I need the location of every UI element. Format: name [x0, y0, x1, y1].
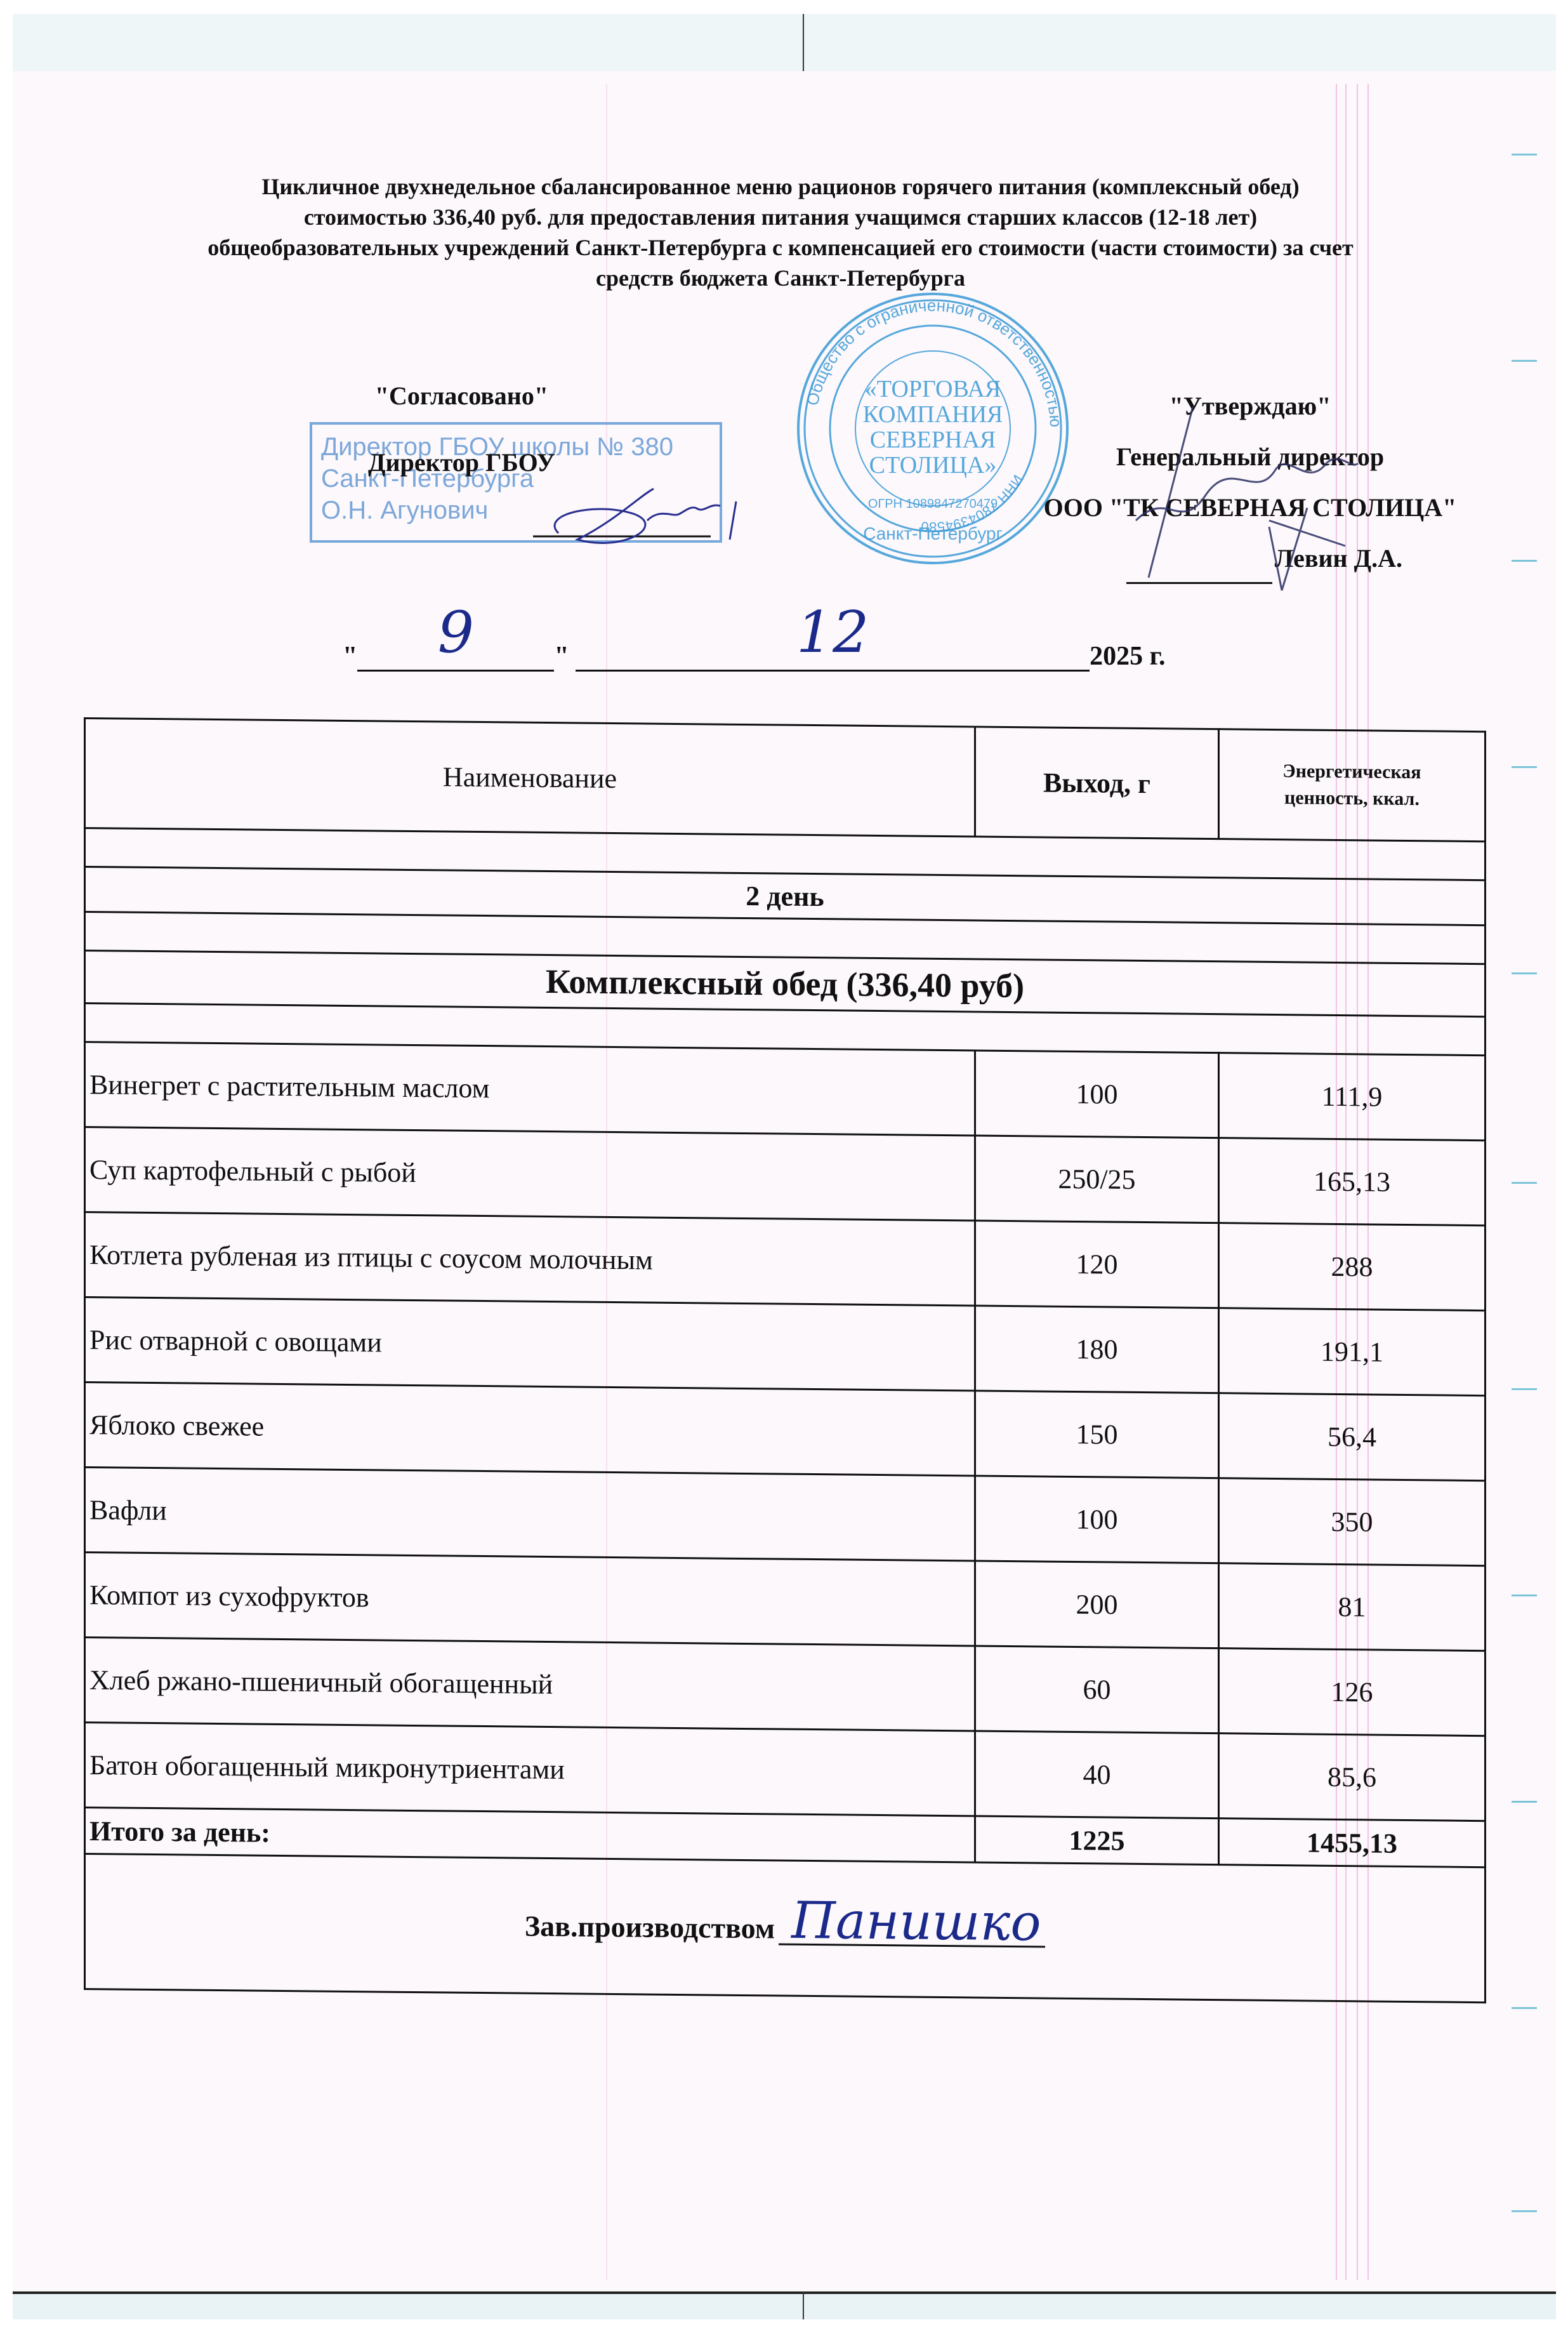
margin-mark	[1512, 1182, 1537, 1184]
dish-name: Суп картофельный с рыбой	[85, 1127, 975, 1221]
total-label: Итого за день:	[85, 1808, 975, 1862]
quote-mark: "	[554, 642, 569, 671]
header-name: Наименование	[85, 719, 975, 837]
table-row: Батон обогащенный микронутриентами4085,6	[85, 1723, 1486, 1821]
dish-yield: 40	[975, 1731, 1218, 1819]
svg-text:СТОЛИЦА»: СТОЛИЦА»	[869, 452, 997, 479]
dish-yield: 100	[975, 1051, 1218, 1138]
document-title: Цикличное двухнедельное сбалансированное…	[89, 171, 1472, 293]
fold-mark-bottom	[803, 2291, 804, 2319]
svg-text:КОМПАНИЯ: КОМПАНИЯ	[863, 401, 1003, 428]
title-line: Цикличное двухнедельное сбалансированное…	[89, 171, 1472, 202]
signature-row: Зав.производствомПанишко	[85, 1854, 1486, 2003]
quote-mark: "	[343, 642, 357, 671]
dish-energy: 81	[1218, 1563, 1485, 1651]
agreed-position: Директор ГБОУ	[368, 448, 555, 477]
header-energy-line2: ценность, ккал.	[1284, 787, 1420, 809]
margin-mark	[1512, 154, 1537, 156]
dish-name: Винегрет с растительным маслом	[85, 1042, 975, 1136]
dish-energy: 85,6	[1218, 1734, 1485, 1821]
dish-energy: 126	[1218, 1648, 1485, 1736]
general-director-signature-icon	[1079, 400, 1409, 609]
dish-name: Компот из сухофруктов	[85, 1553, 975, 1646]
dish-yield: 120	[975, 1221, 1218, 1308]
title-line: стоимостью 336,40 руб. для предоставлени…	[89, 202, 1472, 232]
dish-yield: 100	[975, 1476, 1218, 1563]
signer-label: Зав.производством	[525, 1909, 775, 1944]
header-yield: Выход, г	[975, 727, 1218, 839]
svg-text:«ТОРГОВАЯ: «ТОРГОВАЯ	[865, 376, 1001, 402]
total-yield: 1225	[975, 1816, 1218, 1865]
header-energy: Энергетическаяценность, ккал.	[1218, 729, 1485, 842]
date-month-handwritten: 12	[576, 599, 1090, 666]
table-row: Вафли100350	[85, 1468, 1486, 1566]
fold-mark-top	[803, 14, 804, 71]
margin-mark	[1512, 360, 1537, 362]
dish-name: Вафли	[85, 1468, 975, 1561]
table-row: Компот из сухофруктов20081	[85, 1553, 1486, 1651]
menu-table: Наименование Выход, г Энергетическаяценн…	[84, 717, 1486, 2003]
table-row: Хлеб ржано-пшеничный обогащенный60126	[85, 1638, 1486, 1736]
dish-energy: 111,9	[1218, 1053, 1485, 1141]
table-header-row: Наименование Выход, г Энергетическаяценн…	[85, 719, 1486, 842]
svg-text:ОГРН 1089847270479: ОГРН 1089847270479	[868, 497, 998, 511]
title-line: общеобразовательных учреждений Санкт-Пет…	[89, 232, 1472, 263]
approval-agreed-block: "Согласовано" Директор ГБОУ	[368, 381, 555, 477]
dish-energy: 165,13	[1218, 1138, 1485, 1226]
dish-yield: 60	[975, 1646, 1218, 1734]
svg-text:СЕВЕРНАЯ: СЕВЕРНАЯ	[870, 427, 996, 453]
approval-date: "9" 122025 г.	[343, 641, 1166, 672]
scan-border-bottom	[13, 2291, 1556, 2319]
margin-mark	[1512, 1388, 1537, 1390]
dish-yield: 250/25	[975, 1136, 1218, 1223]
table-row: Котлета рубленая из птицы с соусом молоч…	[85, 1212, 1486, 1311]
signature-line: Панишко	[779, 1919, 1045, 1947]
svg-text:Санкт-Петербург: Санкт-Петербург	[863, 524, 1003, 543]
date-day-field: 9	[357, 644, 554, 672]
dish-energy: 191,1	[1218, 1308, 1485, 1396]
dish-name: Рис отварной с овощами	[85, 1297, 975, 1391]
director-signature-icon	[520, 476, 812, 552]
table-row: Суп картофельный с рыбой250/25165,13	[85, 1127, 1486, 1226]
production-manager-signature: Зав.производствомПанишко	[85, 1854, 1486, 2003]
date-month-field: 12	[576, 644, 1090, 672]
dish-yield: 200	[975, 1561, 1218, 1648]
agreed-heading: "Согласовано"	[368, 381, 555, 411]
handwritten-signature: Панишко	[791, 1890, 1041, 1952]
table-row: Рис отварной с овощами180191,1	[85, 1297, 1486, 1396]
header-energy-line1: Энергетическая	[1282, 760, 1421, 783]
margin-mark	[1512, 2007, 1537, 2009]
dish-energy: 56,4	[1218, 1393, 1485, 1481]
dish-name: Котлета рубленая из птицы с соусом молоч…	[85, 1212, 975, 1306]
dish-yield: 180	[975, 1306, 1218, 1393]
margin-mark	[1512, 2210, 1537, 2212]
dish-name: Батон обогащенный микронутриентами	[85, 1723, 975, 1816]
margin-mark	[1512, 560, 1537, 562]
dish-name: Яблоко свежее	[85, 1382, 975, 1476]
date-day-handwritten: 9	[357, 599, 554, 666]
dish-yield: 150	[975, 1391, 1218, 1478]
table-row: Винегрет с растительным маслом100111,9	[85, 1042, 1486, 1141]
table-row: Яблоко свежее15056,4	[85, 1382, 1486, 1481]
margin-mark	[1512, 972, 1537, 974]
dish-name: Хлеб ржано-пшеничный обогащенный	[85, 1638, 975, 1731]
total-energy: 1455,13	[1218, 1819, 1485, 1867]
margin-mark	[1512, 766, 1537, 768]
title-line: средств бюджета Санкт-Петербурга	[89, 263, 1472, 293]
scan-border-top	[13, 14, 1556, 71]
dish-energy: 288	[1218, 1223, 1485, 1311]
margin-mark	[1512, 1595, 1537, 1596]
date-year: 2025 г.	[1090, 642, 1165, 671]
dish-energy: 350	[1218, 1478, 1485, 1566]
margin-mark	[1512, 1801, 1537, 1803]
